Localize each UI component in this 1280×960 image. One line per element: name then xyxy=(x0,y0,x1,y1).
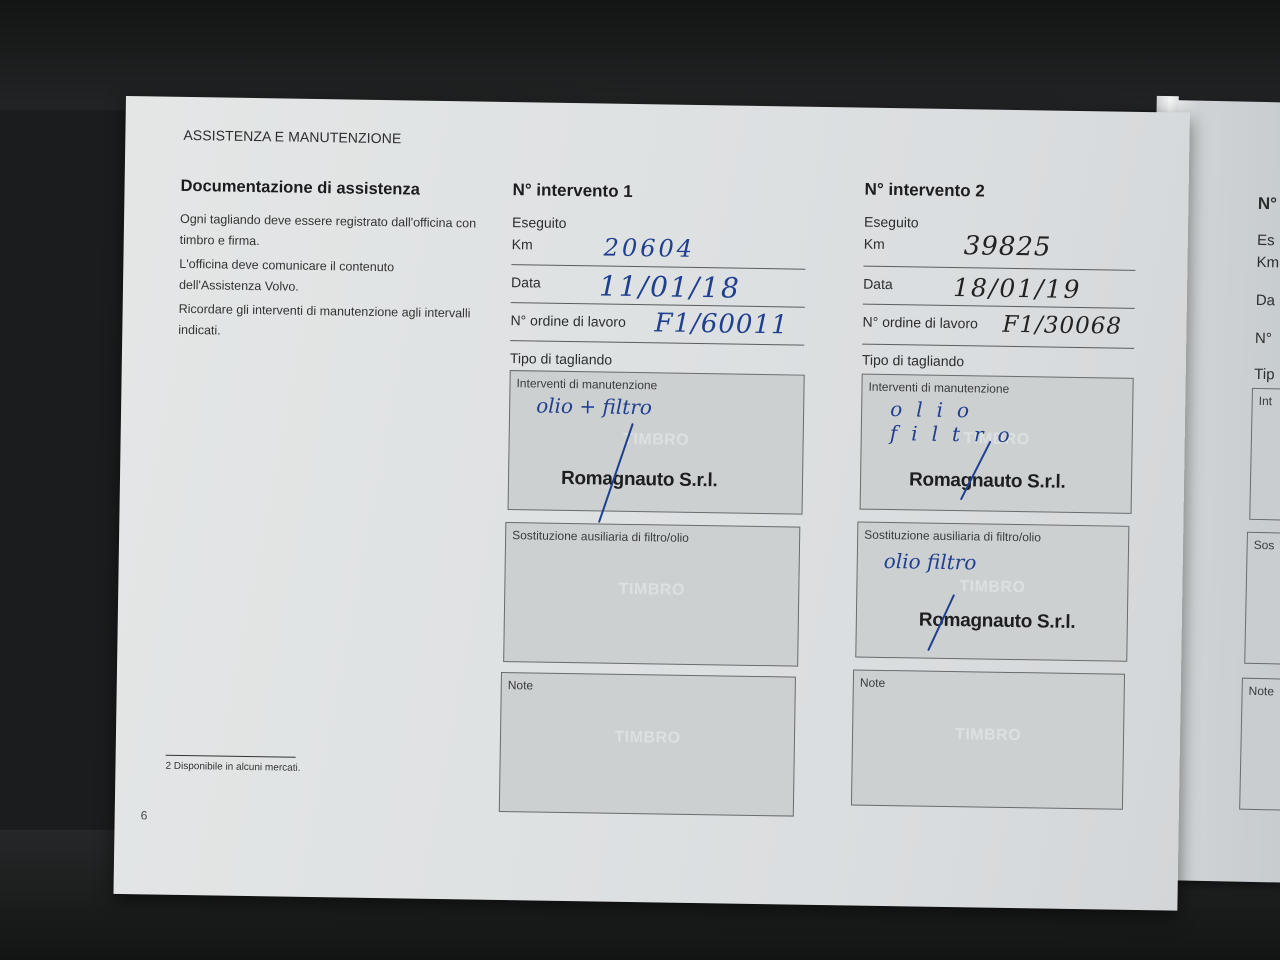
km-rule xyxy=(863,266,1135,271)
page-number: 6 xyxy=(141,808,148,822)
data-label: Data xyxy=(863,276,893,292)
timbro-watermark: TIMBRO xyxy=(510,429,803,452)
paragraph-3: Ricordare gli interventi di manutenzione… xyxy=(178,299,479,346)
intervention-2-title: N° intervento 2 xyxy=(864,180,1164,205)
intervention-1-title: N° intervento 1 xyxy=(512,180,812,205)
km-label: Km xyxy=(864,236,885,252)
km-value[interactable]: 20604 xyxy=(603,234,695,263)
note-label: Note xyxy=(860,676,886,690)
note-label: Note xyxy=(508,678,534,692)
date-value[interactable]: 11/01/18 xyxy=(599,269,741,304)
eseguito-label: Eseguito xyxy=(512,214,567,231)
manutenzione-label: Interventi di manutenzione xyxy=(516,376,657,392)
right-page-title: N° xyxy=(1258,194,1277,214)
timbro-watermark: TIMBRO xyxy=(505,579,798,602)
right-page-box-3-label: Note xyxy=(1248,684,1274,699)
right-page-box-1: Int xyxy=(1249,388,1280,521)
section-header: ASSISTENZA E MANUTENZIONE xyxy=(183,127,401,146)
manutenzione-label: Interventi di manutenzione xyxy=(868,380,1009,396)
sostituzione-box[interactable]: Sostituzione ausiliaria di filtro/olio T… xyxy=(855,522,1129,662)
intervention-1: N° intervento 1 Eseguito Km 20604 Data 1… xyxy=(512,180,812,205)
paragraph-1: Ogni tagliando deve essere registrato da… xyxy=(180,209,481,256)
tipo-label: Tipo di tagliando xyxy=(510,350,612,368)
manutenzione-box[interactable]: Interventi di manutenzione TIMBRO olio f… xyxy=(860,374,1134,514)
left-page: ASSISTENZA E MANUTENZIONE Documentazione… xyxy=(113,96,1189,911)
data-label: Data xyxy=(511,274,541,290)
right-page-box-2-label: Sos xyxy=(1254,538,1275,552)
work-order-value[interactable]: F1/30068 xyxy=(1002,312,1122,340)
tipo-label: Tipo di tagliando xyxy=(862,352,964,370)
right-page-data: Da xyxy=(1256,292,1276,309)
handwritten-note: olio filtro xyxy=(890,397,1133,449)
km-label: Km xyxy=(512,236,533,252)
note-box[interactable]: Note TIMBRO xyxy=(851,669,1125,809)
timbro-watermark: TIMBRO xyxy=(857,577,1127,599)
sostituzione-box[interactable]: Sostituzione ausiliaria di filtro/olio T… xyxy=(503,522,800,667)
footnote-divider xyxy=(166,755,296,758)
km-rule xyxy=(511,264,805,270)
manutenzione-box[interactable]: Interventi di manutenzione TIMBRO olio +… xyxy=(508,370,805,515)
workshop-stamp: Romagnauto S.r.l. xyxy=(909,469,1066,493)
sostituzione-label: Sostituzione ausiliaria di filtro/olio xyxy=(864,528,1041,545)
page-title: Documentazione di assistenza xyxy=(180,177,420,200)
timbro-watermark: TIMBRO xyxy=(853,725,1123,747)
timbro-watermark: TIMBRO xyxy=(501,727,794,750)
note-box[interactable]: Note TIMBRO xyxy=(499,672,796,817)
workshop-stamp: Romagnauto S.r.l. xyxy=(561,468,718,492)
date-rule xyxy=(863,304,1135,309)
right-page-km: Km xyxy=(1256,254,1279,271)
right-page-box-2: Sos xyxy=(1244,532,1280,665)
work-order-value[interactable]: F1/60011 xyxy=(654,308,789,340)
footnote: 2 Disponibile in alcuni mercati. xyxy=(165,761,300,774)
handwritten-note: olio + filtro xyxy=(536,393,652,419)
paragraph-2: L'officina deve comunicare il contenuto … xyxy=(179,254,480,301)
right-page-box-1-label: Int xyxy=(1259,394,1273,408)
ordine-label: N° ordine di lavoro xyxy=(862,314,978,332)
background-top xyxy=(0,0,1280,110)
right-page-box-3: Note xyxy=(1239,678,1280,811)
sostituzione-label: Sostituzione ausiliaria di filtro/olio xyxy=(512,528,689,545)
ordine-rule xyxy=(510,340,804,346)
ordine-label: N° ordine di lavoro xyxy=(510,312,626,330)
ordine-rule xyxy=(862,344,1134,349)
date-value[interactable]: 18/01/19 xyxy=(953,273,1082,304)
km-value[interactable]: 39825 xyxy=(964,231,1052,262)
intervention-2: N° intervento 2 Eseguito Km 39825 Data 1… xyxy=(864,180,1164,205)
eseguito-label: Eseguito xyxy=(864,214,919,231)
right-page-tipo: Tip xyxy=(1254,366,1275,383)
right-page-eseguito: Es xyxy=(1257,232,1275,249)
handwritten-note: olio filtro xyxy=(884,549,977,574)
right-page-ordine: N° xyxy=(1255,330,1272,347)
